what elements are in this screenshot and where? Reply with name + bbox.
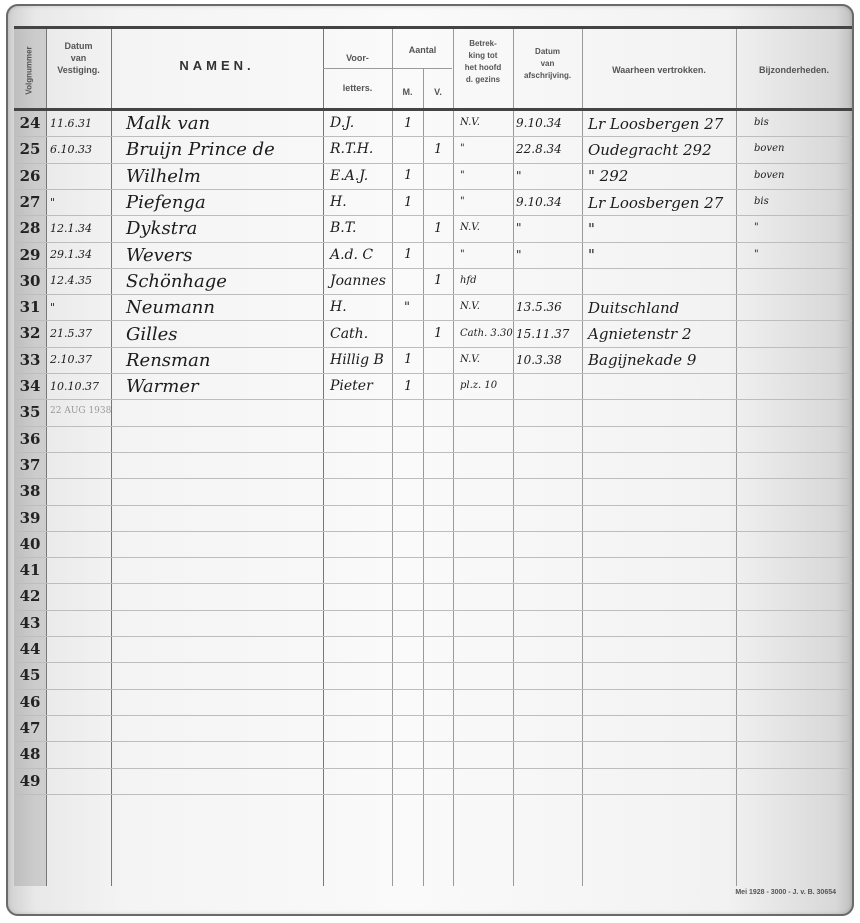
- cell-datum: 12.4.35: [50, 274, 92, 287]
- cell-datum: ": [50, 301, 55, 314]
- cell-datum: 6.10.33: [50, 143, 92, 156]
- row-number: 43: [14, 614, 46, 632]
- row-number: 39: [14, 509, 46, 527]
- cell-datum: 10.10.37: [50, 380, 99, 393]
- column-divider: [582, 26, 583, 886]
- cell-v: 1: [434, 221, 442, 236]
- cell-waarheen: Oudegracht 292: [588, 141, 712, 159]
- row-number: 29: [14, 246, 46, 264]
- cell-betrekking: N.V.: [460, 354, 480, 365]
- row-number: 35: [14, 403, 46, 421]
- header-volgnummer: Volgnummer: [14, 30, 44, 110]
- row-number: 37: [14, 456, 46, 474]
- cell-naam: Gilles: [126, 324, 178, 345]
- header-voorletters-1: Voor-: [323, 52, 392, 64]
- row-number: 42: [14, 587, 46, 605]
- cell-naam: Rensman: [126, 350, 210, 371]
- register-grid: Volgnummer Datum van Vestiging. NAMEN. V…: [14, 26, 852, 886]
- cell-betrekking: hfd: [460, 275, 477, 286]
- cell-datum: 2.10.37: [50, 353, 92, 366]
- column-divider: [423, 68, 424, 886]
- row-number: 24: [14, 114, 46, 132]
- row-rule: [14, 478, 852, 479]
- cell-m: 1: [404, 168, 412, 183]
- row-rule: [14, 399, 852, 400]
- row-number: 34: [14, 377, 46, 395]
- cell-waarheen: Lr Loosbergen 27: [588, 115, 723, 133]
- header-aantal-v: V.: [423, 86, 453, 98]
- row-rule: [14, 794, 852, 795]
- row-rule: [14, 215, 852, 216]
- cell-bijz: boven: [754, 170, 784, 181]
- row-number: 49: [14, 772, 46, 790]
- row-rule: [14, 531, 852, 532]
- cell-naam: Malk van: [126, 113, 210, 134]
- cell-naam: Wevers: [126, 245, 192, 266]
- row-number: 48: [14, 745, 46, 763]
- header-top-rule: [14, 26, 852, 29]
- cell-voorletters: E.A.J.: [330, 168, 368, 184]
- row-rule: [14, 557, 852, 558]
- cell-waarheen: ": [588, 246, 595, 264]
- row-number: 33: [14, 351, 46, 369]
- row-rule: [14, 689, 852, 690]
- cell-betrekking: ": [460, 170, 465, 181]
- cell-bijz: ": [754, 222, 759, 233]
- cell-betrekking: ": [460, 143, 465, 154]
- row-number: 27: [14, 193, 46, 211]
- cell-datum: 21.5.37: [50, 327, 92, 340]
- register-card: Volgnummer Datum van Vestiging. NAMEN. V…: [6, 4, 854, 916]
- cell-waarheen: Duitschland: [588, 299, 679, 317]
- cell-betrekking: pl.z. 10: [460, 380, 497, 391]
- row-rule: [14, 189, 852, 190]
- cell-afschrijving: ": [516, 248, 522, 262]
- cell-naam: Wilhelm: [126, 166, 201, 187]
- row-rule: [14, 268, 852, 269]
- header-waarheen: Waarheen vertrokken.: [582, 64, 736, 76]
- cell-betrekking: N.V.: [460, 301, 480, 312]
- cell-afschrijving: ": [516, 169, 522, 183]
- header-aantal-m: M.: [392, 86, 423, 98]
- cell-m: 1: [404, 379, 412, 394]
- cell-bijz: boven: [754, 143, 784, 154]
- row-rule: [14, 505, 852, 506]
- row-number: 40: [14, 535, 46, 553]
- cell-v: 1: [434, 142, 442, 157]
- header-bijzonderheden: Bijzonderheden.: [736, 64, 852, 76]
- row-number: 30: [14, 272, 46, 290]
- cell-datum: 12.1.34: [50, 222, 92, 235]
- cell-datum: 29.1.34: [50, 248, 92, 261]
- row-number: 44: [14, 640, 46, 658]
- cell-waarheen: " 292: [588, 167, 628, 185]
- cell-betrekking: Cath. 3.30: [460, 328, 513, 339]
- cell-datum: ": [50, 196, 55, 209]
- row-rule: [14, 662, 852, 663]
- cell-m: 1: [404, 352, 412, 367]
- cell-m: 1: [404, 247, 412, 262]
- row-rule: [14, 768, 852, 769]
- cell-m: ": [404, 300, 410, 315]
- header-sub-rule: [323, 68, 452, 69]
- row-rule: [14, 610, 852, 611]
- row-number: 47: [14, 719, 46, 737]
- cell-afschrijving: 10.3.38: [516, 353, 562, 367]
- row-number: 38: [14, 482, 46, 500]
- cell-voorletters: Hillig B: [330, 352, 384, 368]
- cell-voorletters: H.: [330, 299, 347, 315]
- row-number: 25: [14, 140, 46, 158]
- cell-bijz: bis: [754, 117, 769, 128]
- cell-waarheen: Bagijnekade 9: [588, 351, 696, 369]
- column-divider: [46, 26, 47, 886]
- row-rule: [14, 741, 852, 742]
- footer-imprint: Mei 1928 - 3000 - J. v. B. 30654: [735, 889, 836, 896]
- cell-naam: Dykstra: [126, 218, 197, 239]
- cell-betrekking: ": [460, 249, 465, 260]
- row-rule: [14, 163, 852, 164]
- cell-waarheen: ": [588, 220, 595, 238]
- cell-voorletters: H.: [330, 194, 347, 210]
- header-aantal: Aantal: [392, 44, 453, 56]
- column-divider: [453, 26, 454, 886]
- column-divider: [323, 26, 324, 886]
- row-rule: [14, 136, 852, 137]
- cell-naam: Warmer: [126, 376, 199, 397]
- cell-voorletters: R.T.H.: [330, 141, 373, 157]
- row-number: 46: [14, 693, 46, 711]
- cell-naam: Piefenga: [126, 192, 206, 213]
- cell-datum: 11.6.31: [50, 117, 92, 130]
- row-rule: [14, 347, 852, 348]
- cell-afschrijving: 9.10.34: [516, 116, 562, 130]
- column-divider: [392, 26, 393, 886]
- row-number: 26: [14, 167, 46, 185]
- cell-afschrijving: 15.11.37: [516, 327, 569, 341]
- cell-voorletters: B.T.: [330, 220, 356, 236]
- row-rule: [14, 373, 852, 374]
- row-rule: [14, 294, 852, 295]
- row-number: 31: [14, 298, 46, 316]
- row-rule: [14, 452, 852, 453]
- cell-afschrijving: 9.10.34: [516, 195, 562, 209]
- cell-afschrijving: ": [516, 221, 522, 235]
- cell-voorletters: A.d. C: [330, 247, 373, 263]
- cell-naam: Schönhage: [126, 271, 227, 292]
- cell-voorletters: Pieter: [330, 378, 373, 394]
- cell-bijz: bis: [754, 196, 769, 207]
- header-datum-vestiging: Datum van Vestiging.: [46, 40, 111, 76]
- row-number: 45: [14, 666, 46, 684]
- cell-m: 1: [404, 195, 412, 210]
- row-number: 36: [14, 430, 46, 448]
- row-rule: [14, 242, 852, 243]
- cell-voorletters: D.J.: [330, 115, 354, 131]
- column-divider: [513, 26, 514, 886]
- cell-betrekking: N.V.: [460, 222, 480, 233]
- header-namen: NAMEN.: [111, 60, 323, 72]
- row-number: 28: [14, 219, 46, 237]
- row-rule: [14, 320, 852, 321]
- row-rule: [14, 426, 852, 427]
- row-rule: [14, 715, 852, 716]
- cell-voorletters: Cath.: [330, 326, 368, 342]
- cell-naam: Bruijn Prince de: [126, 139, 275, 160]
- row-rule: [14, 636, 852, 637]
- cell-v: 1: [434, 273, 442, 288]
- header-betrekking: Betrek- king tot het hoofd d. gezins: [453, 38, 513, 86]
- cell-datum: 22 AUG 1938: [50, 406, 111, 416]
- row-number: 32: [14, 324, 46, 342]
- cell-afschrijving: 22.8.34: [516, 142, 562, 156]
- cell-m: 1: [404, 116, 412, 131]
- cell-naam: Neumann: [126, 297, 215, 318]
- cell-waarheen: Lr Loosbergen 27: [588, 194, 723, 212]
- cell-betrekking: ": [460, 196, 465, 207]
- cell-betrekking: N.V.: [460, 117, 480, 128]
- cell-v: 1: [434, 326, 442, 341]
- column-divider: [736, 26, 737, 886]
- cell-waarheen: Agnietenstr 2: [588, 325, 692, 343]
- row-rule: [14, 583, 852, 584]
- cell-afschrijving: 13.5.36: [516, 300, 562, 314]
- header-bottom-rule: [14, 108, 852, 111]
- header-datum-afschrijving: Datum van afschrijving.: [513, 46, 582, 82]
- cell-bijz: ": [754, 249, 759, 260]
- header-voorletters-2: letters.: [323, 82, 392, 94]
- cell-voorletters: Joannes: [330, 273, 386, 289]
- column-divider: [111, 26, 112, 886]
- row-number: 41: [14, 561, 46, 579]
